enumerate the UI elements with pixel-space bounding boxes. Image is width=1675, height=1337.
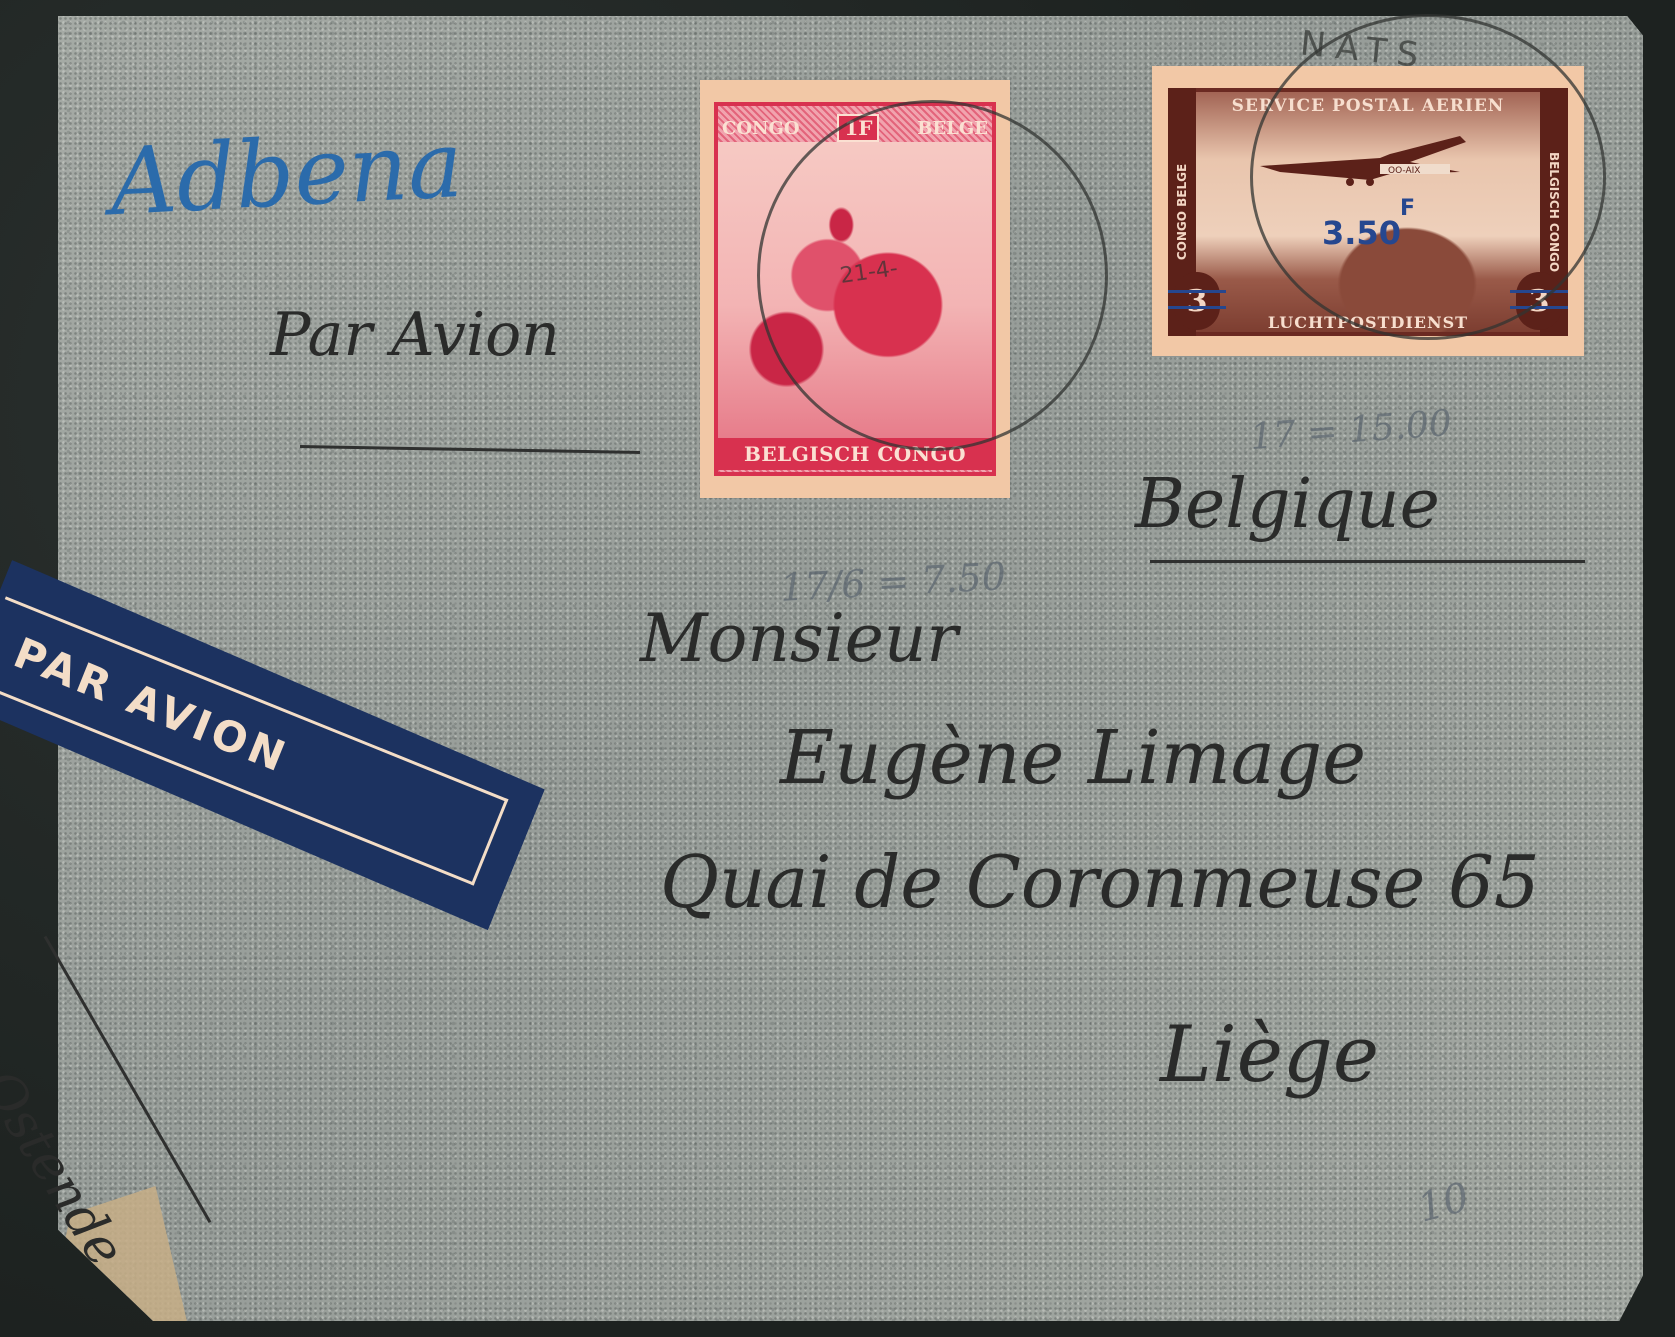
obliterated-value-left: 3 [1174,272,1220,330]
addressee-name: Eugène Limage [780,715,1366,801]
routing-note: Par Avion [270,300,560,370]
street-address: Quai de Coronmeuse 65 [660,840,1540,924]
country-underline [1150,560,1585,563]
postmark-left [757,100,1108,451]
destination-country: Belgique [1135,465,1440,544]
blue-annotation: Adbena [107,111,465,236]
addressee-title: Monsieur [640,600,958,677]
stamp-country-left: CONGO [722,118,800,139]
city: Liège [1160,1010,1379,1100]
